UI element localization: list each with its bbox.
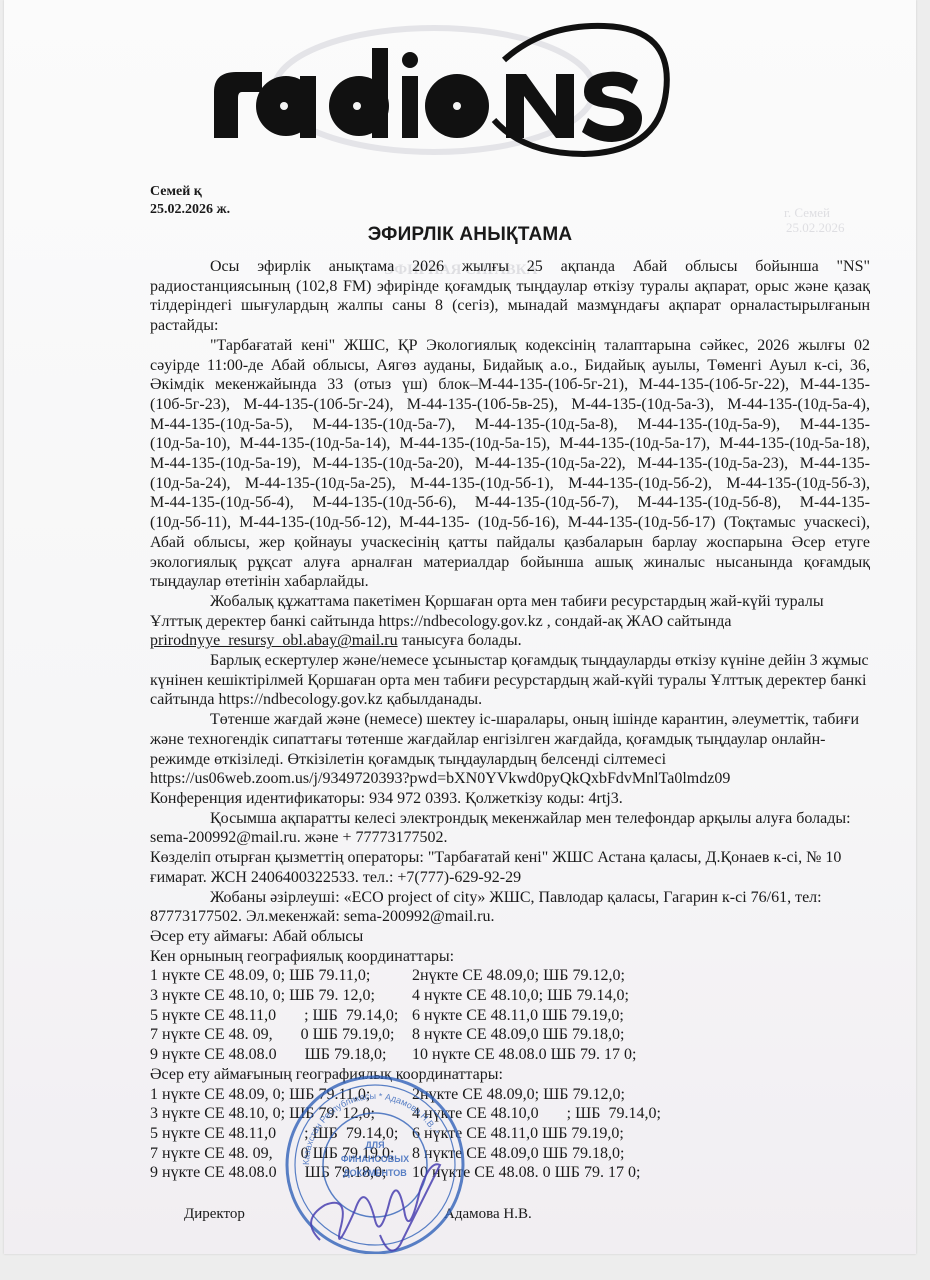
documents-text-end: танысуға болады.	[398, 632, 522, 649]
coord-point: 1 нүкте СЕ 48.09, 0; ШБ 79.11,0;	[150, 966, 412, 986]
coord-row: 9 нүкте СЕ 48.08.0 ШБ 79.18,0;10 нүкте С…	[150, 1163, 870, 1183]
additional-info-paragraph: Қосымша ақпаратты келесі электрондық мек…	[150, 809, 870, 848]
document-title: ЭФИРЛІК АНЫҚТАМА	[4, 224, 916, 246]
documents-text: Жобалық құжаттама пакетімен Қоршаған орт…	[150, 593, 824, 630]
signer-role: Директор	[184, 1206, 245, 1223]
coord-point: 2нүкте СЕ 48.09,0; ШБ 79.12,0;	[412, 1085, 625, 1105]
document-header: Семей қ 25.02.2026 ж.	[150, 183, 230, 219]
coord-point: 8 нүкте СЕ 48.09,0 ШБ 79.18,0;	[412, 1025, 624, 1045]
coord-point: 9 нүкте СЕ 48.08.0 ШБ 79.18,0;	[150, 1045, 412, 1065]
coord-point: 3 нүкте СЕ 48.10, 0; ШБ 79. 12,0;	[150, 1104, 412, 1124]
ministry-email-link[interactable]: prirodnyye_resursy_obl.abay@mail.ru	[150, 632, 398, 649]
coord-point: 3 нүкте СЕ 48.10, 0; ШБ 79. 12,0;	[150, 986, 412, 1006]
emergency-paragraph: Төтенше жағдай және (немесе) шектеу іс-ш…	[150, 710, 870, 789]
documents-paragraph: Жобалық құжаттама пакетімен Қоршаған орт…	[150, 592, 870, 651]
document-page: г. Семей 25.02.2026 ЭФИРНАЯ СПРАВКА	[4, 0, 916, 1254]
coord-point: 5 нүкте СЕ 48.11,0 ; ШБ 79.14,0;	[150, 1006, 412, 1026]
coord-point: 8 нүкте СЕ 48.09,0 ШБ 79.18,0;	[412, 1144, 624, 1164]
coord-point: 7 нүкте СЕ 48. 09, 0 ШБ 79.19,0;	[150, 1144, 412, 1164]
coord-row: 1 нүкте СЕ 48.09, 0; ШБ 79.11,0;2нүкте С…	[150, 1085, 870, 1105]
coord-row: 3 нүкте СЕ 48.10, 0; ШБ 79. 12,0;4 нүкте…	[150, 986, 870, 1006]
signer-name: Адамова Н.В.	[444, 1206, 532, 1223]
coord-row: 7 нүкте СЕ 48. 09, 0 ШБ 79.19,0;8 нүкте …	[150, 1144, 870, 1164]
document-body: Осы эфирлік анықтама 2026 жылғы 25 ақпан…	[150, 257, 870, 1183]
coord-row: 5 нүкте СЕ 48.11,0 ; ШБ 79.14,0;6 нүкте …	[150, 1006, 870, 1026]
impact-coords-table: 1 нүкте СЕ 48.09, 0; ШБ 79.11,0;2нүкте С…	[150, 1085, 870, 1184]
city-label: Семей қ	[150, 183, 230, 201]
coord-point: 7 нүкте СЕ 48. 09, 0 ШБ 79.19,0;	[150, 1025, 412, 1045]
coord-point: 6 нүкте СЕ 48.11,0 ШБ 79.19,0;	[412, 1124, 624, 1144]
coord-row: 9 нүкте СЕ 48.08.0 ШБ 79.18,0;10 нүкте С…	[150, 1045, 870, 1065]
coord-point: 2нүкте СЕ 48.09,0; ШБ 79.12,0;	[412, 966, 625, 986]
conference-line: Конференция идентификаторы: 934 972 0393…	[150, 789, 870, 809]
remarks-paragraph: Барлық ескертулер және/немесе ұсыныстар …	[150, 651, 870, 710]
radio-ns-logo	[204, 20, 764, 160]
coord-row: 3 нүкте СЕ 48.10, 0; ШБ 79. 12,0;4 нүкте…	[150, 1104, 870, 1124]
intro-paragraph: Осы эфирлік анықтама 2026 жылғы 25 ақпан…	[150, 257, 870, 336]
announcement-paragraph: "Тарбағатай кені" ЖШС, ҚР Экологиялық ко…	[150, 336, 870, 592]
coord-point: 1 нүкте СЕ 48.09, 0; ШБ 79.11,0;	[150, 1085, 412, 1105]
coord-point: 10 нүкте СЕ 48.08. 0 ШБ 79. 17 0;	[412, 1163, 640, 1183]
deposit-coords-heading: Кен орнының географиялық координаттары:	[150, 947, 870, 967]
coord-row: 7 нүкте СЕ 48. 09, 0 ШБ 79.19,0;8 нүкте …	[150, 1025, 870, 1045]
coord-point: 4 нүкте СЕ 48.10,0; ШБ 79.14,0;	[412, 986, 629, 1006]
date-label: 25.02.2026 ж.	[150, 201, 230, 219]
developer-paragraph: Жобаны әзірлеуші: «ECO project of city» …	[150, 888, 870, 927]
coord-point: 4 нүкте СЕ 48.10,0 ; ШБ 79.14,0;	[412, 1104, 661, 1124]
coord-point: 6 нүкте СЕ 48.11,0 ШБ 79.19,0;	[412, 1006, 624, 1026]
operator-paragraph: Көзделіп отырған қызметтің операторы: "Т…	[150, 848, 870, 887]
coord-point: 5 нүкте СЕ 48.11,0 ; ШБ 79.14,0;	[150, 1124, 412, 1144]
impact-coords-heading: Әсер ету аймағының географиялық координа…	[150, 1065, 870, 1085]
coord-row: 1 нүкте СЕ 48.09, 0; ШБ 79.11,0;2нүкте С…	[150, 966, 870, 986]
coord-point: 9 нүкте СЕ 48.08.0 ШБ 79.18,0;	[150, 1163, 412, 1183]
bleed-through-city: г. Семей	[784, 205, 830, 221]
coord-point: 10 нүкте СЕ 48.08.0 ШБ 79. 17 0;	[412, 1045, 636, 1065]
impact-area-line: Әсер ету аймағы: Абай облысы	[150, 927, 870, 947]
coord-row: 5 нүкте СЕ 48.11,0 ; ШБ 79.14,0;6 нүкте …	[150, 1124, 870, 1144]
deposit-coords-table: 1 нүкте СЕ 48.09, 0; ШБ 79.11,0;2нүкте С…	[150, 966, 870, 1065]
